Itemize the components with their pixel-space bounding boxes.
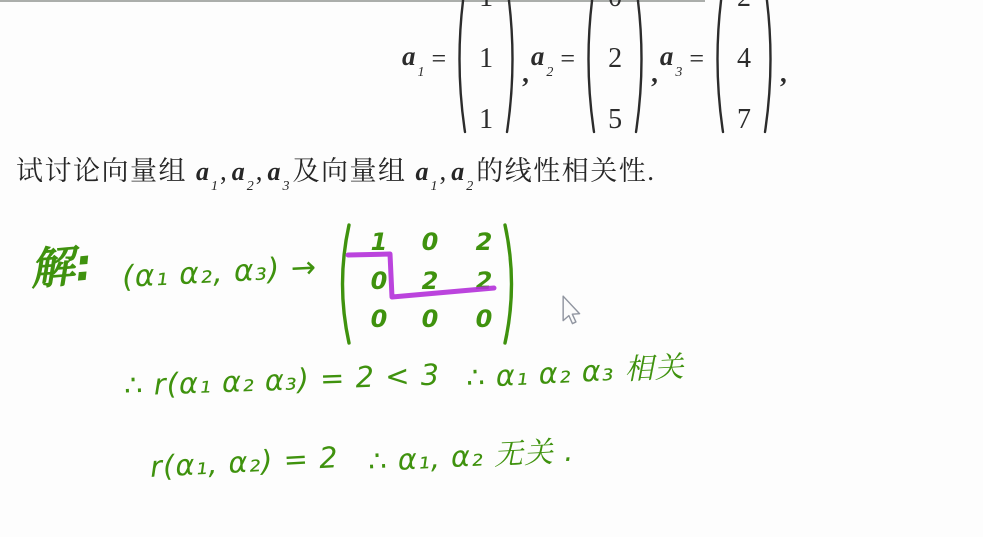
vector-entry: 5: [608, 106, 622, 134]
problem-lead-text: 试讨论向量组: [16, 156, 187, 186]
matrix-cell: 0: [404, 300, 456, 338]
ref-a2: a2: [232, 157, 252, 186]
vector-entry: 1: [479, 45, 493, 73]
comma-separator: ,: [651, 58, 658, 89]
open-paren-icon: [582, 0, 596, 134]
matrix-grid: 1 0 2 0 2 2 0 0 0: [354, 222, 512, 338]
comma-separator: ,: [522, 58, 529, 89]
open-paren-icon: [453, 0, 467, 134]
close-paren-icon: [634, 0, 648, 134]
vector-entry: 2: [608, 45, 622, 73]
vector-entry: 0: [608, 0, 622, 12]
vector-a2-column: 0 2 5: [582, 0, 648, 134]
open-paren-icon: [334, 222, 352, 351]
mouse-cursor-icon: [561, 295, 582, 331]
rank-statement-three-vectors: ∴ r(α₁ α₂ α₃) = 2 < 3: [124, 360, 441, 400]
vector-a3-symbol: a3: [660, 41, 681, 76]
open-paren-icon: [711, 0, 725, 134]
vector-entry: 7: [737, 106, 751, 134]
ref-a3: a3: [268, 157, 288, 186]
vector-a1-definition: a1 = 1 1 1 ,: [402, 0, 531, 134]
problem-tail-text: 的线性相关性.: [476, 156, 655, 186]
rank-statement-two-vectors: r(α₁, α₂) = 2: [149, 443, 339, 482]
vector-entry: 1: [479, 106, 493, 134]
problem-statement: 试讨论向量组a1,a2,a3及向量组a1,a2的线性相关性.: [12, 152, 772, 193]
equals-sign: =: [432, 44, 447, 74]
matrix-cell: 1: [354, 222, 404, 262]
vector-a2-definition: a2 = 0 2 5 ,: [531, 0, 660, 134]
matrix-cell: 0: [354, 262, 404, 300]
row-echelon-matrix: 1 0 2 0 2 2 0 0 0: [334, 220, 520, 348]
matrix-cell: 0: [404, 222, 456, 262]
conclusion-independent: ∴ α₁, α₂ 无关 .: [367, 437, 574, 477]
comma-separator: ,: [440, 156, 447, 186]
ref-a1: a1: [196, 157, 216, 186]
comma-separator: ,: [780, 58, 787, 89]
matrix-cell: 2: [404, 262, 456, 300]
close-paren-icon: [763, 0, 777, 134]
vector-a3-definition: a3 = 2 4 7 ,: [660, 0, 789, 134]
equals-sign: =: [689, 44, 704, 74]
comma-separator: ,: [220, 156, 227, 186]
close-paren-icon: [502, 222, 520, 351]
problem-mid-text: 及向量组: [293, 156, 407, 186]
vector-entry: 4: [737, 45, 751, 73]
solution-label: 解:: [28, 243, 95, 292]
vector-entry: 2: [737, 0, 751, 12]
comma-separator: ,: [256, 156, 263, 186]
equals-sign: =: [560, 44, 575, 74]
matrix-cell: 0: [354, 300, 404, 338]
vector-a1-symbol: a1: [402, 41, 423, 76]
vector-definitions: a1 = 1 1 1 , a2 = 0 2 5: [402, 0, 789, 135]
close-paren-icon: [505, 0, 519, 134]
lecture-video-frame: a1 = 1 1 1 , a2 = 0 2 5: [0, 0, 983, 537]
vector-a3-column: 2 4 7: [711, 0, 777, 134]
vector-entry: 1: [479, 0, 493, 12]
vector-a1-column: 1 1 1: [453, 0, 519, 134]
vector-a2-symbol: a2: [531, 41, 552, 76]
ref-a1: a1: [416, 157, 436, 186]
ref-a2: a2: [451, 157, 471, 186]
vector-group-maps-to: (α₁ α₂, α₃) →: [121, 253, 317, 293]
conclusion-dependent: ∴ α₁ α₂ α₃ 相关: [465, 352, 685, 392]
